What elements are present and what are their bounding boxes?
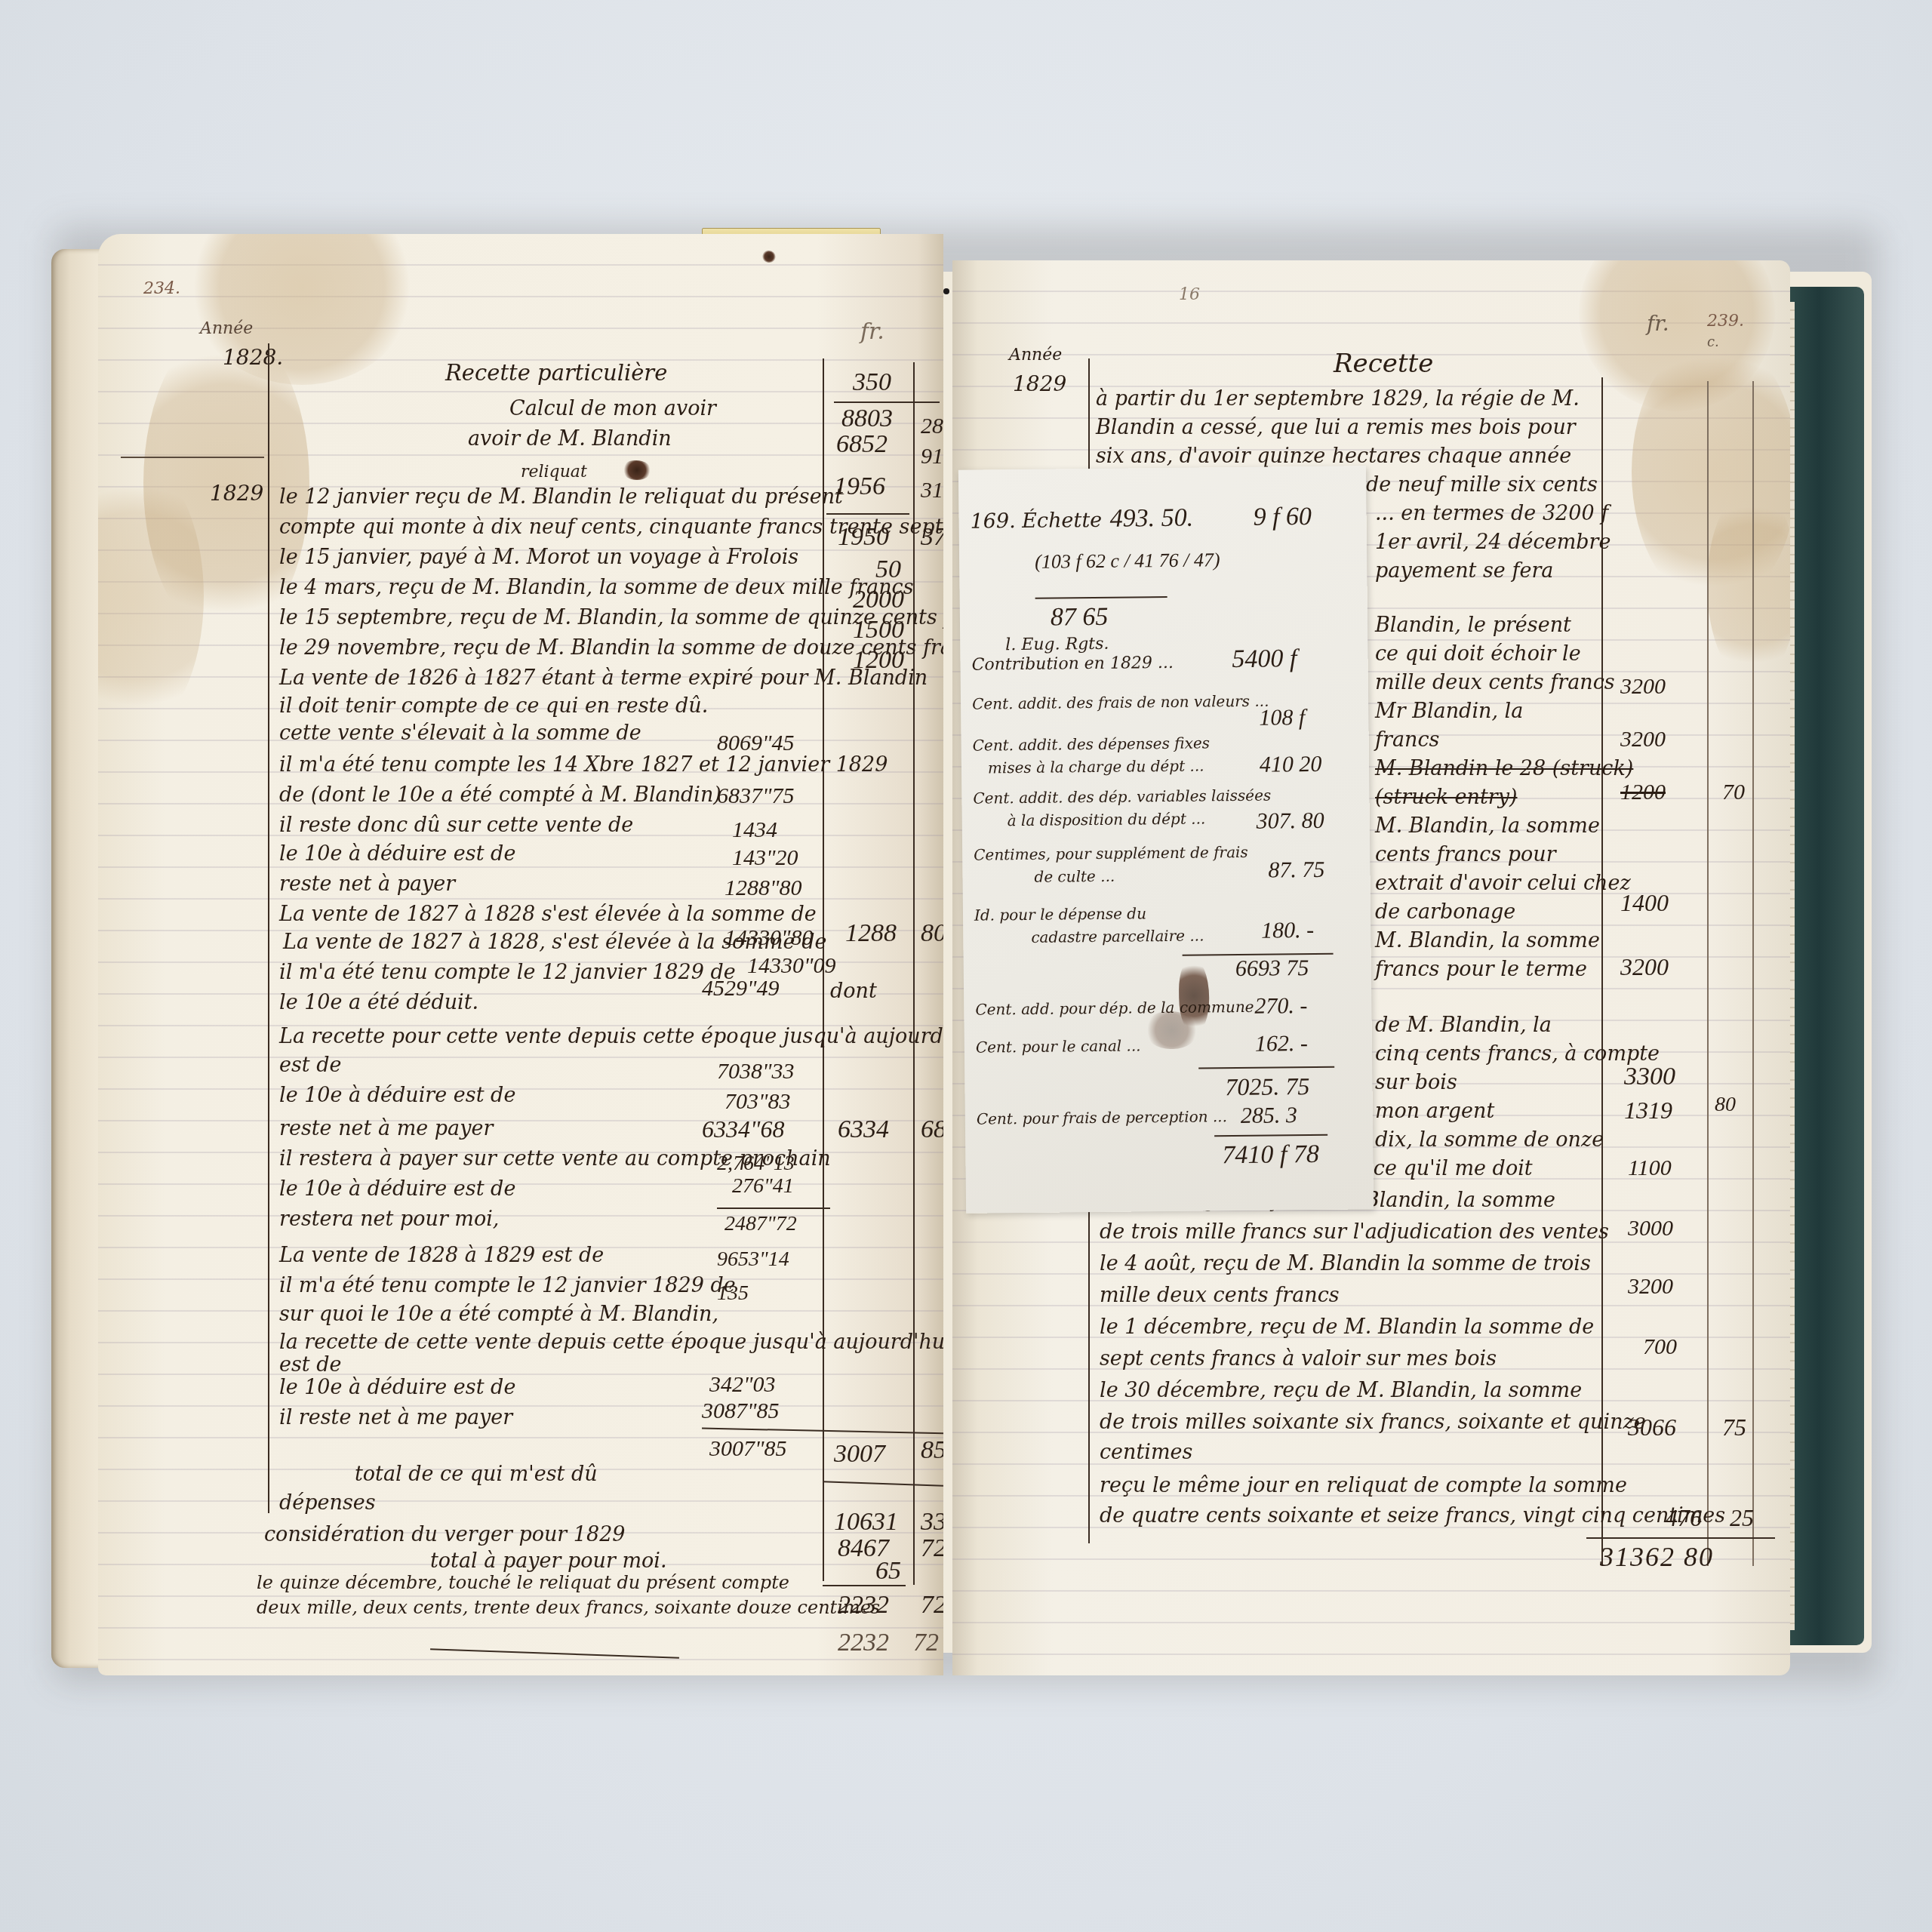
intro-line: à partir du 1er septembre 1829, la régie…: [1096, 389, 1580, 409]
year-label: Année: [200, 321, 253, 337]
closing-line: deux mille, deux cents, trente deux fran…: [257, 1598, 880, 1617]
amount-column-rule: [1601, 377, 1603, 1566]
slip-amount: 180. -: [1261, 919, 1314, 943]
ledger-entry: cents francs pour: [1375, 844, 1556, 865]
entry-amount: 135: [717, 1283, 749, 1304]
subtotal-cents: 85: [921, 1438, 943, 1463]
totals-label: considération du verger pour 1829: [264, 1524, 626, 1545]
margin-rule: [268, 343, 269, 1513]
ledger-entry: le 10e à déduire est de: [279, 1377, 515, 1398]
cents-column-rule: [913, 362, 915, 1585]
closing-line: le quinze décembre, touché le reliquat d…: [257, 1574, 789, 1592]
ledger-entry: mille deux cents francs: [1100, 1285, 1340, 1306]
slip-line: Cent. addit. des dépenses fixes: [973, 735, 1211, 752]
sum-line: [717, 1207, 830, 1209]
slip-line: mises à la charge du dépt ...: [988, 758, 1204, 775]
entry-amount: 6334"68: [702, 1117, 784, 1141]
struck-entry: (struck entry): [1375, 787, 1518, 808]
entry-francs: 3200: [1620, 675, 1666, 698]
slip-line: Centimes, pour supplément de frais: [974, 844, 1248, 863]
ledger-entry: le 15 septembre, reçu de M. Blandin, la …: [279, 608, 943, 628]
year-1829: 1829: [210, 483, 263, 504]
slip-line: Cent. pour frais de perception ...: [977, 1109, 1227, 1126]
totals-label: dépenses: [279, 1493, 376, 1513]
ledger-entry: francs pour le terme: [1375, 959, 1587, 980]
entry-amount: 6837"75: [717, 785, 795, 808]
ledger-entry: francs: [1375, 730, 1439, 750]
ledger-entry: de trois milles soixante six francs, soi…: [1100, 1412, 1646, 1432]
sum-line: [834, 401, 940, 403]
ledger-entry: de carbonage: [1375, 902, 1515, 922]
ledger-entry: sept cents francs à valoir sur mes bois: [1100, 1349, 1497, 1369]
ledger-entry: le 29 novembre, reçu de M. Blandin la so…: [279, 638, 943, 658]
header-amount: 8803: [841, 406, 893, 432]
ledger-entry: le 10e à déduire est de: [279, 844, 515, 864]
ledger-entry: le 4 mars, reçu de M. Blandin, la somme …: [279, 577, 914, 598]
slip-amount: 5400 f: [1232, 646, 1297, 672]
year: 1829: [1013, 374, 1066, 395]
faint-number: 16: [1179, 287, 1200, 303]
entry-note: dont: [830, 981, 877, 1001]
sum-line: [1586, 1537, 1775, 1539]
page-title: Recette: [1334, 351, 1433, 377]
ledger-entry: sur bois: [1375, 1072, 1457, 1093]
ledger-entry: dix, la somme de onze: [1375, 1130, 1604, 1150]
ledger-entry: de quatre cents soixante et seize francs…: [1100, 1506, 1725, 1526]
page-number: 239.: [1707, 313, 1744, 330]
ledger-entry: il m'a été tenu compte les 14 Xbre 1827 …: [279, 755, 888, 775]
ledger-entry: le 10e a été déduit.: [279, 992, 478, 1013]
ledger-entry: M. Blandin, la somme: [1375, 816, 1600, 836]
entry-amount: 3087"85: [702, 1400, 780, 1423]
slip-amount: 270. -: [1254, 995, 1307, 1018]
ledger-entry: centimes: [1100, 1442, 1192, 1463]
ledger-entry: le 30 décembre, reçu de M. Blandin, la s…: [1100, 1380, 1582, 1401]
entry-cents: 80: [921, 921, 943, 946]
totals-label: total à payer pour moi.: [430, 1551, 667, 1571]
totals-label: total de ce qui m'est dû: [355, 1464, 598, 1484]
totals-francs: 10631: [834, 1509, 898, 1535]
header-cents: 28: [921, 415, 943, 438]
slip-total: 7410 f 78: [1222, 1142, 1319, 1168]
subtitle: avoir de M. Blandin: [468, 429, 672, 449]
sum-line: [1198, 1066, 1334, 1069]
entry-francs: 3200: [1620, 955, 1669, 979]
ledger-entry: mille deux cents francs: [1375, 672, 1615, 693]
entry-amount: 276"41: [732, 1176, 794, 1197]
ledger-entry: cinq cents francs, à compte: [1375, 1044, 1660, 1064]
entry-amount: 1288"80: [724, 877, 802, 900]
left-page: 234. Année 1828. 1829 fr. Recette partic…: [98, 234, 943, 1675]
entry-cents: 25: [1730, 1506, 1754, 1530]
ledger-entry: de (dont le 10e a été compté à M. Blandi…: [279, 785, 721, 805]
page-title: Recette particulière: [445, 362, 667, 384]
sum-line: [823, 1585, 906, 1586]
entry-amount: 14330"80: [724, 927, 814, 949]
entry-cents: 68: [921, 1117, 943, 1143]
ledger-entry: est de: [279, 1055, 342, 1075]
totals-cents: 33: [921, 1509, 943, 1535]
ledger-entry: il reste donc dû sur cette vente de: [279, 815, 633, 835]
subtitle: Calcul de mon avoir: [509, 398, 716, 419]
ledger-entry: La vente de 1827 à 1828 s'est élevée à l…: [279, 904, 817, 924]
totals-cents: 72: [921, 1592, 943, 1618]
slip-line: de culte ...: [1034, 869, 1115, 884]
slip-line: Id. pour le dépense du: [974, 906, 1146, 922]
intro-line: payement se fera: [1375, 561, 1553, 581]
ledger-entry: le 1 décembre, reçu de M. Blandin la som…: [1100, 1317, 1594, 1337]
entry-cents: 37: [921, 525, 943, 550]
entry-amount: 4529"49: [702, 977, 780, 1000]
entry-francs: 1319: [1624, 1098, 1672, 1122]
extra-column-rule: [1752, 381, 1754, 1566]
ledger-entry: sur quoi le 10e a été compté à M. Blandi…: [279, 1304, 718, 1324]
slip-line: l. Eug. Rgts.: [1005, 636, 1109, 654]
ledger-entry: il m'a été tenu compte le 12 janvier 182…: [279, 962, 736, 983]
ink-blot: [623, 460, 651, 480]
totals-francs: 65: [875, 1558, 901, 1584]
grand-total: 31362 80: [1600, 1543, 1714, 1571]
ledger-entry: Mr Blandin, la: [1375, 701, 1523, 721]
ledger-entry: le 12 janvier reçu de M. Blandin le reli…: [279, 487, 843, 507]
column-mark-francs: fr.: [860, 321, 884, 343]
closing-francs: 2232: [838, 1630, 889, 1656]
sum-line: [1214, 1134, 1327, 1137]
entry-francs: 476: [1666, 1506, 1702, 1530]
entry-francs: 1100: [1628, 1157, 1672, 1180]
entry-cents: 75: [1722, 1415, 1746, 1439]
entry-amount: 2,764"13: [717, 1153, 795, 1174]
slip-line: à la disposition du dépt ...: [1008, 811, 1206, 828]
closing-cents: 72: [913, 1630, 939, 1656]
ledger-entry: La vente de 1828 à 1829 est de: [279, 1245, 604, 1266]
entry-francs: 3300: [1624, 1064, 1675, 1090]
ledger-entry: le 15 janvier, payé à M. Morot un voyage…: [279, 547, 798, 568]
slip-line: Cent. addit. des frais de non valeurs ..…: [972, 694, 1269, 712]
entry-francs: 3000: [1628, 1217, 1673, 1240]
ink-blot: [762, 251, 776, 263]
entry-amount: 1434: [732, 819, 777, 841]
ledger-entry: la recette de cette vente depuis cette é…: [279, 1332, 943, 1352]
slip-amount: 108 f: [1259, 706, 1305, 730]
subtitle: reliquat: [521, 464, 587, 481]
inserted-tax-slip: 169. Échette 493. 50. 9 f 60 (103 f 62 c…: [958, 466, 1374, 1214]
slip-line: Cent. add. pour dép. de la commune: [975, 999, 1254, 1017]
ledger-entry: est de: [279, 1355, 342, 1375]
header-cents: 31: [921, 479, 943, 502]
slip-amount: 493. 50.: [1109, 506, 1193, 532]
entry-amount: 143"20: [732, 847, 798, 869]
intro-line: 1er avril, 24 décembre: [1375, 532, 1611, 552]
ledger-entry: reste net à payer: [279, 874, 455, 894]
header-amount: 6852: [836, 432, 888, 457]
header-amount: 350: [853, 370, 891, 395]
entry-francs: 6334: [838, 1117, 889, 1143]
sum-line: [826, 513, 909, 515]
entry-cents: 80: [1715, 1094, 1736, 1115]
intro-line: Blandin a cessé, que lui a remis mes boi…: [1096, 417, 1576, 438]
cents-column-rule: [1707, 381, 1709, 1566]
subtotal-amount: 3007"85: [709, 1438, 787, 1460]
ledger-entry: il m'a été tenu compte le 12 janvier 182…: [279, 1275, 736, 1296]
entry-amount: 9653"14: [717, 1249, 789, 1270]
ledger-entry: reçu le même jour en reliquat de compte …: [1100, 1475, 1627, 1496]
entry-amount: 8069"45: [717, 732, 795, 755]
entry-francs: 1400: [1620, 891, 1669, 915]
slip-line: Contribution en 1829 ...: [971, 655, 1174, 674]
ledger-entry: extrait d'avoir celui chez: [1375, 873, 1631, 894]
entry-francs: 1288: [845, 921, 897, 946]
entry-francs: 3200: [1628, 1275, 1673, 1298]
struck-entry: M. Blandin le 28 (struck): [1375, 758, 1633, 779]
ledger-entry: cette vente s'élevait à la somme de: [279, 723, 641, 743]
slip-line: cadastre parcellaire ...: [1031, 928, 1204, 944]
entry-cents: 70: [1722, 781, 1745, 804]
ledger-entry: le 10e à déduire est de: [279, 1179, 515, 1199]
slip-amount: 307. 80: [1257, 810, 1324, 833]
slip-calculation: (103 f 62 c / 41 76 / 47): [1035, 550, 1220, 572]
struck-amount: 1200: [1620, 781, 1666, 804]
slip-subtotal: 7025. 75: [1225, 1074, 1309, 1099]
entry-francs: 700: [1643, 1336, 1677, 1358]
green-cover-edge: [1789, 287, 1864, 1645]
entry-francs: 3066: [1628, 1415, 1676, 1439]
sum-line: [1035, 596, 1168, 598]
slip-subtotal: 6693 75: [1235, 957, 1309, 980]
page-number: 234.: [143, 281, 180, 297]
slip-line: Cent. pour le canal ...: [976, 1038, 1141, 1054]
subtotal-francs: 3007: [834, 1441, 885, 1467]
header-cents: 91: [921, 445, 943, 468]
entry-francs: 1950: [838, 525, 889, 550]
ledger-entry: le 4 août, reçu de M. Blandin la somme d…: [1100, 1254, 1591, 1274]
slip-line: 169. Échette: [970, 510, 1102, 532]
entry-amount: 2487"72: [724, 1214, 797, 1235]
year-label: Année: [1009, 347, 1062, 364]
slip-amount: 410 20: [1260, 753, 1322, 777]
slip-amount: 87. 75: [1268, 859, 1324, 882]
slip-amount: 285. 3: [1241, 1104, 1297, 1128]
ledger-entry: reste net à me payer: [279, 1118, 493, 1139]
entry-amount: 14330"09: [747, 955, 836, 977]
ledger-entry: de trois mille francs sur l'adjudication…: [1100, 1222, 1609, 1242]
ledger-entry: mon argent: [1375, 1101, 1494, 1121]
intro-line: six ans, d'avoir quinze hectares chaque …: [1096, 446, 1571, 466]
ledger-entry: le 10e à déduire est de: [279, 1085, 515, 1106]
water-stain: [1707, 487, 1790, 683]
ledger-entry: La recette pour cette vente depuis cette…: [279, 1026, 943, 1047]
ledger-entry: ce qui doit échoir le: [1375, 644, 1581, 664]
column-mark-francs: fr.: [1647, 313, 1669, 334]
slip-amount: 87 65: [1051, 605, 1109, 631]
year: 1828.: [223, 347, 283, 368]
ledger-entry: La vente de 1826 à 1827 étant à terme ex…: [279, 668, 928, 688]
ledger-entry: restera net pour moi,: [279, 1209, 499, 1229]
year-divider: [121, 457, 264, 458]
ledger-entry: Blandin, le présent: [1375, 615, 1571, 635]
entry-amount: 7038"33: [717, 1060, 795, 1083]
entry-amount: 703"83: [724, 1091, 791, 1113]
intro-line: ... en termes de 3200 f: [1375, 503, 1608, 524]
entry-amount: 342"03: [709, 1374, 776, 1396]
ledger-entry: il doit tenir compte de ce qui en reste …: [279, 696, 708, 716]
binding-pin: [943, 288, 949, 294]
slip-amount: 162. -: [1255, 1032, 1308, 1056]
totals-cents: 72: [921, 1536, 943, 1561]
column-mark-cents: c.: [1707, 336, 1719, 349]
ledger-entry: il reste net à me payer: [279, 1407, 512, 1428]
ledger-entry: M. Blandin, la somme: [1375, 931, 1600, 951]
entry-francs: 3200: [1620, 728, 1666, 751]
ledger-entry: de M. Blandin, la: [1375, 1015, 1552, 1035]
slip-amount: 9 f 60: [1253, 504, 1312, 531]
slip-line: Cent. addit. des dép. variables laissées: [973, 788, 1271, 806]
